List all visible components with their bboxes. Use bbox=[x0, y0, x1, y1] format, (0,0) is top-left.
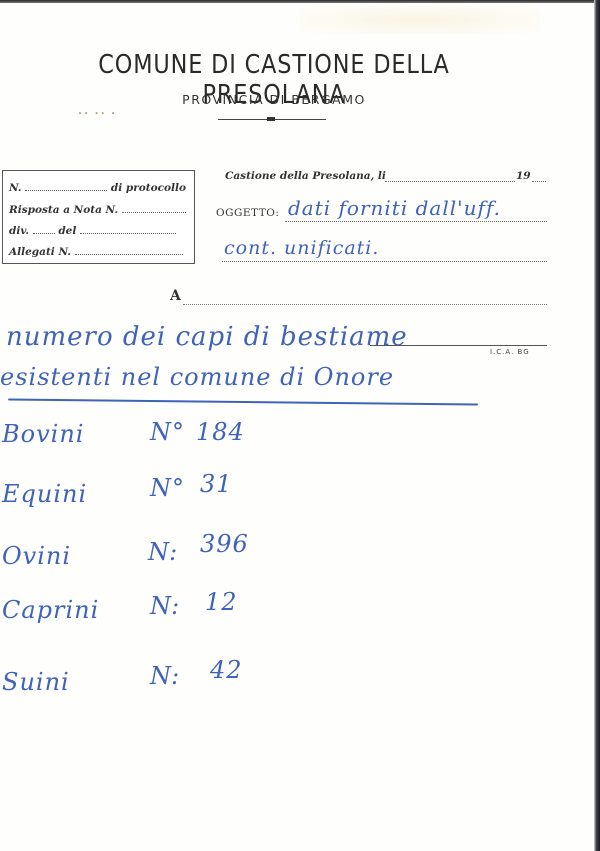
addressee-line bbox=[183, 304, 547, 305]
livestock-prefix: N° bbox=[150, 418, 185, 446]
scan-edge-right bbox=[594, 0, 600, 851]
division-date-field bbox=[80, 224, 176, 234]
division-date-label: del bbox=[58, 225, 76, 237]
livestock-count-equini: 31 bbox=[200, 470, 233, 498]
year-prefix: 19 bbox=[516, 170, 531, 182]
attachments-field bbox=[75, 245, 183, 255]
protocol-number-field bbox=[25, 181, 107, 191]
body-printed-line bbox=[370, 345, 547, 346]
division-label: div. bbox=[9, 225, 29, 237]
protocol-suffix-label: di protocollo bbox=[111, 182, 186, 194]
livestock-prefix: N: bbox=[150, 662, 180, 690]
division-line: div. del bbox=[9, 224, 176, 237]
handwritten-underline bbox=[8, 399, 478, 406]
year-field bbox=[532, 181, 546, 182]
separator-ornament bbox=[267, 117, 275, 121]
ink-smudge: •• •• • bbox=[78, 110, 117, 118]
livestock-label-bovini: Bovini bbox=[2, 420, 84, 448]
livestock-label-equini: Equini bbox=[2, 480, 87, 508]
livestock-label-suini: Suini bbox=[2, 668, 70, 696]
livestock-prefix: N: bbox=[148, 538, 178, 566]
letterhead-subtitle: PROVINCIA DI BERGAMO bbox=[0, 92, 548, 107]
protocol-box: N. di protocollo Risposta a Nota N. div.… bbox=[2, 170, 195, 264]
paper-stain bbox=[300, 6, 540, 34]
livestock-count-caprini: 12 bbox=[205, 588, 238, 616]
body-handwritten-1: numero dei capi di bestiame bbox=[6, 322, 408, 352]
livestock-count-suini: 42 bbox=[210, 656, 243, 684]
body-handwritten-2: esistenti nel comune di Onore bbox=[0, 363, 394, 391]
subject-handwritten-1: dati forniti dall'uff. bbox=[288, 196, 501, 220]
subject-handwritten-2: cont. unificati. bbox=[224, 237, 379, 259]
protocol-number-line: N. di protocollo bbox=[9, 181, 186, 194]
livestock-prefix: N: bbox=[150, 592, 180, 620]
livestock-prefix: N° bbox=[150, 474, 185, 502]
subject-label: OGGETTO: bbox=[216, 207, 279, 219]
reply-note-label: Risposta a Nota N. bbox=[9, 204, 118, 216]
place-date-label: Castione della Presolana, li bbox=[225, 170, 386, 182]
date-field bbox=[385, 181, 515, 182]
addressee-label: A bbox=[170, 288, 181, 304]
protocol-n-label: N. bbox=[9, 182, 22, 194]
scan-edge-top bbox=[0, 0, 600, 3]
livestock-label-caprini: Caprini bbox=[2, 596, 99, 624]
reply-note-line: Risposta a Nota N. bbox=[9, 203, 186, 216]
subject-line-2 bbox=[222, 261, 547, 262]
attachments-label: Allegati N. bbox=[9, 246, 71, 258]
division-field bbox=[33, 224, 55, 234]
reply-note-field bbox=[122, 203, 186, 213]
subject-line-1 bbox=[285, 221, 547, 222]
livestock-count-bovini: 184 bbox=[196, 418, 245, 446]
livestock-count-ovini: 396 bbox=[200, 530, 249, 558]
printer-mark: I.C.A. BG bbox=[490, 348, 530, 356]
livestock-label-ovini: Ovini bbox=[2, 542, 71, 570]
attachments-line: Allegati N. bbox=[9, 245, 183, 258]
letter-page: COMUNE DI CASTIONE DELLA PRESOLANA PROVI… bbox=[0, 0, 600, 851]
